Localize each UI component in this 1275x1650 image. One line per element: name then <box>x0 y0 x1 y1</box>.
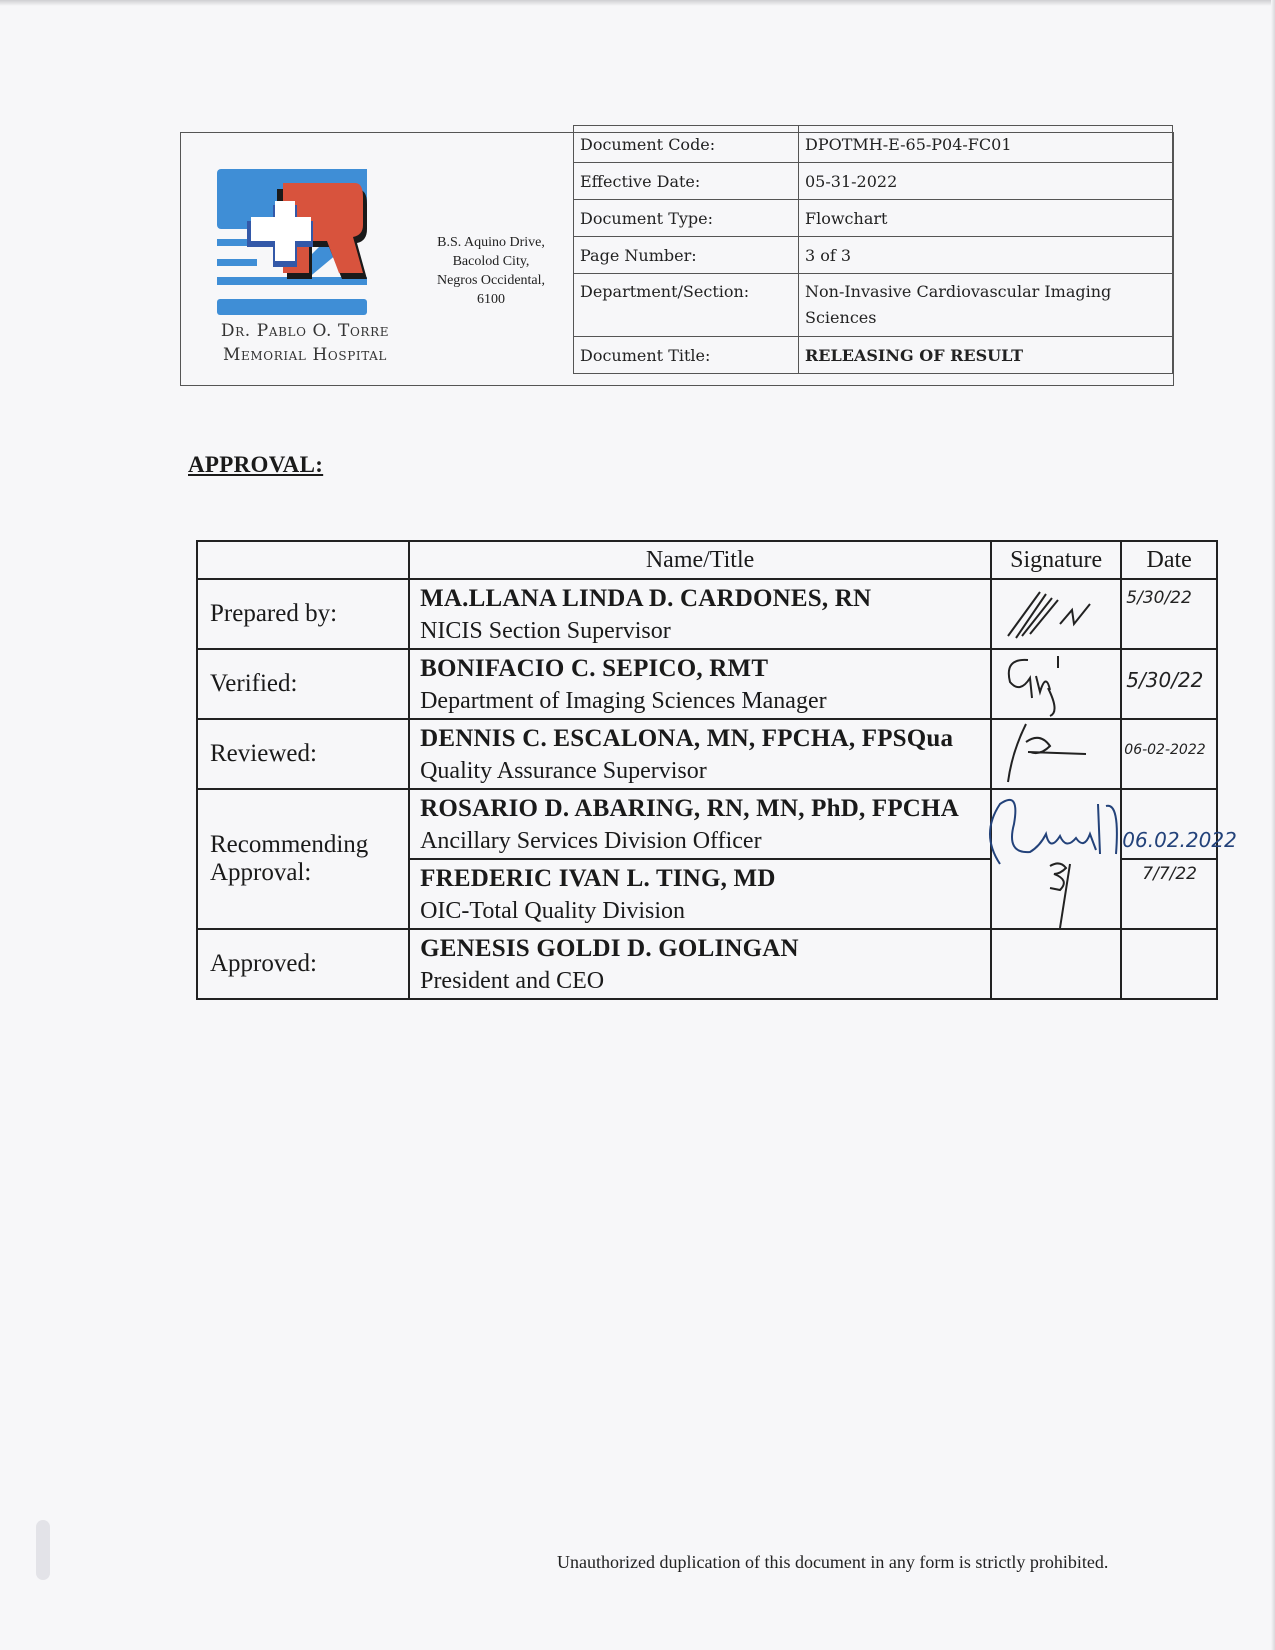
signature-mark-icon <box>980 794 1130 924</box>
signature-cell <box>991 719 1121 789</box>
approval-heading: APPROVAL: <box>188 452 323 478</box>
meta-value: 05-31-2022 <box>799 163 1173 200</box>
address-line: Negros Occidental, <box>411 271 571 290</box>
signature-cell <box>991 579 1121 649</box>
meta-value: Non-Invasive Cardiovascular Imaging Scie… <box>799 274 1173 337</box>
scan-top-edge <box>0 0 1275 6</box>
signature-cell <box>991 929 1121 999</box>
person-cell: GENESIS GOLDI D. GOLINGAN President and … <box>409 929 991 999</box>
signature-cell <box>991 789 1121 929</box>
footer-notice: Unauthorized duplication of this documen… <box>557 1552 1108 1573</box>
meta-row: Document Code:DPOTMH-E-65-P04-FC01 <box>574 126 1173 163</box>
role-label: Verified: <box>197 649 409 719</box>
signature-mark-icon <box>1000 652 1120 718</box>
date-cell: 06.02.2022 <box>1121 789 1217 859</box>
meta-value: Flowchart <box>799 200 1173 237</box>
hospital-name: Dr. Pablo O. Torre Memorial Hospital <box>193 319 417 367</box>
meta-label: Effective Date: <box>574 163 799 200</box>
document-title: RELEASING OF RESULT <box>799 337 1173 374</box>
document-header: Dr. Pablo O. Torre Memorial Hospital B.S… <box>180 132 1174 386</box>
date-cell: 5/30/22 <box>1121 649 1217 719</box>
signature-mark-icon <box>1000 722 1120 788</box>
meta-label: Document Title: <box>574 337 799 374</box>
person-title: Ancillary Services Division Officer <box>420 825 990 858</box>
approval-row: Approved: GENESIS GOLDI D. GOLINGAN Pres… <box>197 929 1217 999</box>
document-meta-table: Document Code:DPOTMH-E-65-P04-FC01 Effec… <box>573 125 1173 374</box>
hospital-address: B.S. Aquino Drive, Bacolod City, Negros … <box>411 233 571 309</box>
address-line: 6100 <box>411 290 571 309</box>
meta-value: 3 of 3 <box>799 237 1173 274</box>
date-cell: 7/7/22 <box>1121 859 1217 929</box>
role-label: Approved: <box>197 929 409 999</box>
approval-row: Prepared by: MA.LLANA LINDA D. CARDONES,… <box>197 579 1217 649</box>
person-name: ROSARIO D. ABARING, RN, MN, PhD, FPCHA <box>420 792 990 825</box>
approval-row: Reviewed: DENNIS C. ESCALONA, MN, FPCHA,… <box>197 719 1217 789</box>
handwritten-date: 06.02.2022 <box>1122 828 1237 852</box>
person-title: Quality Assurance Supervisor <box>420 755 990 788</box>
meta-label: Document Type: <box>574 200 799 237</box>
column-header-signature: Signature <box>991 541 1121 579</box>
person-name: DENNIS C. ESCALONA, MN, FPCHA, FPSQua <box>420 722 990 755</box>
person-title: OIC-Total Quality Division <box>420 895 990 928</box>
meta-row: Department/Section:Non-Invasive Cardiova… <box>574 274 1173 337</box>
address-line: B.S. Aquino Drive, <box>411 233 571 252</box>
date-cell: 5/30/22 <box>1121 579 1217 649</box>
person-cell: FREDERIC IVAN L. TING, MD OIC-Total Qual… <box>409 859 991 929</box>
meta-label: Document Code: <box>574 126 799 163</box>
person-title: NICIS Section Supervisor <box>420 615 990 648</box>
person-name: FREDERIC IVAN L. TING, MD <box>420 862 990 895</box>
role-label: Recommending Approval: <box>197 789 409 929</box>
person-name: GENESIS GOLDI D. GOLINGAN <box>420 932 990 965</box>
approval-row: Recommending Approval: ROSARIO D. ABARIN… <box>197 789 1217 859</box>
approval-row: Verified: BONIFACIO C. SEPICO, RMT Depar… <box>197 649 1217 719</box>
handwritten-date: 7/7/22 <box>1142 864 1197 884</box>
approval-header-row: Name/Title Signature Date <box>197 541 1217 579</box>
scan-right-edge <box>1271 0 1275 1650</box>
person-cell: MA.LLANA LINDA D. CARDONES, RN NICIS Sec… <box>409 579 991 649</box>
column-header-name-title: Name/Title <box>409 541 991 579</box>
meta-row: Document Type:Flowchart <box>574 200 1173 237</box>
meta-value: DPOTMH-E-65-P04-FC01 <box>799 126 1173 163</box>
person-cell: ROSARIO D. ABARING, RN, MN, PhD, FPCHA A… <box>409 789 991 859</box>
person-cell: BONIFACIO C. SEPICO, RMT Department of I… <box>409 649 991 719</box>
meta-row: Document Title:RELEASING OF RESULT <box>574 337 1173 374</box>
date-cell <box>1121 929 1217 999</box>
person-cell: DENNIS C. ESCALONA, MN, FPCHA, FPSQua Qu… <box>409 719 991 789</box>
handwritten-date: 06-02-2022 <box>1124 742 1205 758</box>
column-header-date: Date <box>1121 541 1217 579</box>
approval-table: Name/Title Signature Date Prepared by: M… <box>196 540 1218 1000</box>
meta-row: Effective Date:05-31-2022 <box>574 163 1173 200</box>
person-title: Department of Imaging Sciences Manager <box>420 685 990 718</box>
date-cell: 06-02-2022 <box>1121 719 1217 789</box>
role-label: Reviewed: <box>197 719 409 789</box>
meta-label: Page Number: <box>574 237 799 274</box>
handwritten-date: 5/30/22 <box>1126 588 1192 608</box>
role-label: Prepared by: <box>197 579 409 649</box>
signature-mark-icon <box>1000 584 1120 644</box>
column-header-role <box>197 541 409 579</box>
address-line: Bacolod City, <box>411 252 571 271</box>
person-title: President and CEO <box>420 965 990 998</box>
hospital-name-line1: Dr. Pablo O. Torre <box>193 319 417 343</box>
person-name: BONIFACIO C. SEPICO, RMT <box>420 652 990 685</box>
meta-label: Department/Section: <box>574 274 799 337</box>
hospital-logo-icon <box>217 169 373 317</box>
signature-cell <box>991 649 1121 719</box>
handwritten-date: 5/30/22 <box>1126 668 1203 692</box>
scan-smudge <box>36 1520 50 1580</box>
hospital-name-line2: Memorial Hospital <box>193 343 417 367</box>
meta-row: Page Number:3 of 3 <box>574 237 1173 274</box>
person-name: MA.LLANA LINDA D. CARDONES, RN <box>420 582 990 615</box>
logo-cell: Dr. Pablo O. Torre Memorial Hospital B.S… <box>181 133 573 385</box>
